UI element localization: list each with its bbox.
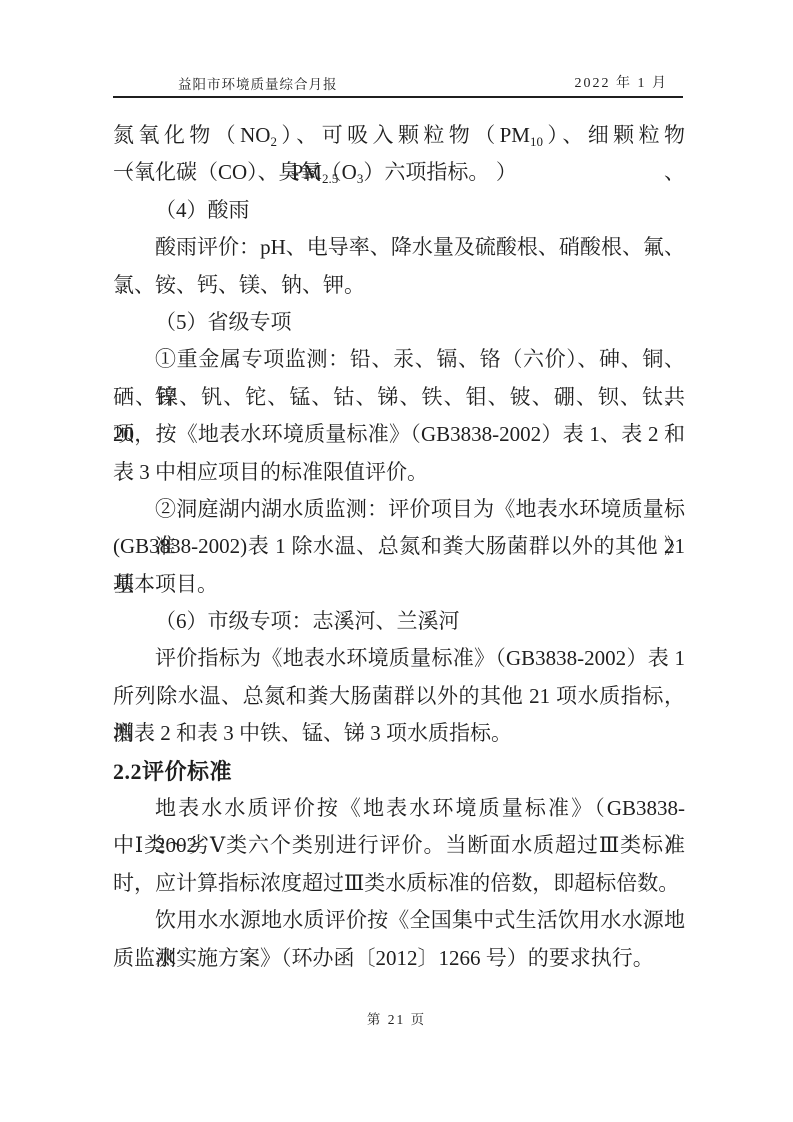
subscript: 10 — [530, 134, 543, 149]
text-segment: 一氧化碳（CO）、臭氧（O — [113, 160, 357, 184]
text-line-heavy-metal-4: 表 3 中相应项目的标准限值评价。 — [113, 454, 685, 491]
text-line-surface-water-2: 中Ⅰ类～劣Ⅴ类六个类别进行评价。当断面水质超过Ⅲ类标准 — [113, 827, 685, 864]
text-line-item5-provincial: （5）省级专项 — [113, 304, 685, 341]
page-footer: 第 21 页 — [0, 1008, 793, 1028]
text-line-surface-water-3: 时，应计算指标浓度超过Ⅲ类水质标准的倍数，即超标倍数。 — [113, 865, 685, 902]
text-line-acid-rain-eval-1: 酸雨评价：pH、电导率、降水量及硫酸根、硝酸根、氟、 — [113, 229, 685, 266]
header-date: 2022 年 1 月 — [575, 72, 669, 92]
text-line-heavy-metal-2: 硒、镍、钒、铊、锰、钴、锑、铁、钼、铍、硼、钡、钛共 20 — [113, 379, 685, 416]
text-line-heavy-metal-1: ①重金属专项监测：铅、汞、镉、铬（六价）、砷、铜、锌、 — [113, 341, 685, 378]
text-line-eval-index-1: 评价指标为《地表水环境质量标准》（GB3838-2002）表 1 — [113, 640, 685, 677]
document-body: 氮氧化物（NO2）、可吸入颗粒物（PM10）、细颗粒物（PM2.5）、 一氧化碳… — [113, 117, 685, 977]
text-segment: ）六项指标。 — [363, 160, 489, 184]
text-line-dongting-lake-2: (GB3838-2002)表 1 除水温、总氮和粪大肠菌群以外的其他 21 项 — [113, 528, 685, 565]
text-line-drinking-water-2: 质监测实施方案》（环办函〔2012〕1266 号）的要求执行。 — [113, 940, 685, 977]
section-heading-2-2: 2.2评价标准 — [113, 753, 685, 790]
text-segment: 氮氧化物（NO — [113, 123, 270, 147]
page-number: 第 21 页 — [367, 1012, 426, 1027]
text-line-item4-acid-rain: （4）酸雨 — [113, 192, 685, 229]
text-line-surface-water-1: 地表水水质评价按《地表水环境质量标准》（GB3838-2002） — [113, 790, 685, 827]
text-segment: ）、可吸入颗粒物（PM — [277, 123, 530, 147]
text-line-dongting-lake-3: 基本项目。 — [113, 566, 685, 603]
text-line-acid-rain-eval-2: 氯、铵、钙、镁、钠、钾。 — [113, 267, 685, 304]
header-title: 益阳市环境质量综合月报 — [178, 73, 338, 93]
header-rule — [113, 96, 683, 98]
text-line-drinking-water-1: 饮用水水源地水质评价按《全国集中式生活饮用水水源地水 — [113, 902, 685, 939]
text-line-item6-municipal: （6）市级专项：志溪河、兰溪河 — [113, 603, 685, 640]
document-page: 益阳市环境质量综合月报 2022 年 1 月 氮氧化物（NO2）、可吸入颗粒物（… — [0, 0, 793, 1122]
text-line-pollutants-1: 氮氧化物（NO2）、可吸入颗粒物（PM10）、细颗粒物（PM2.5）、 — [113, 117, 685, 154]
text-line-dongting-lake-1: ②洞庭湖内湖水质监测：评价项目为《地表水环境质量标准》 — [113, 491, 685, 528]
text-line-heavy-metal-3: 项，按《地表水环境质量标准》（GB3838-2002）表 1、表 2 和 — [113, 416, 685, 453]
text-line-eval-index-2: 所列除水温、总氮和粪大肠菌群以外的其他 21 项水质指标，增 — [113, 678, 685, 715]
text-line-eval-index-3: 测表 2 和表 3 中铁、锰、锑 3 项水质指标。 — [113, 715, 685, 752]
